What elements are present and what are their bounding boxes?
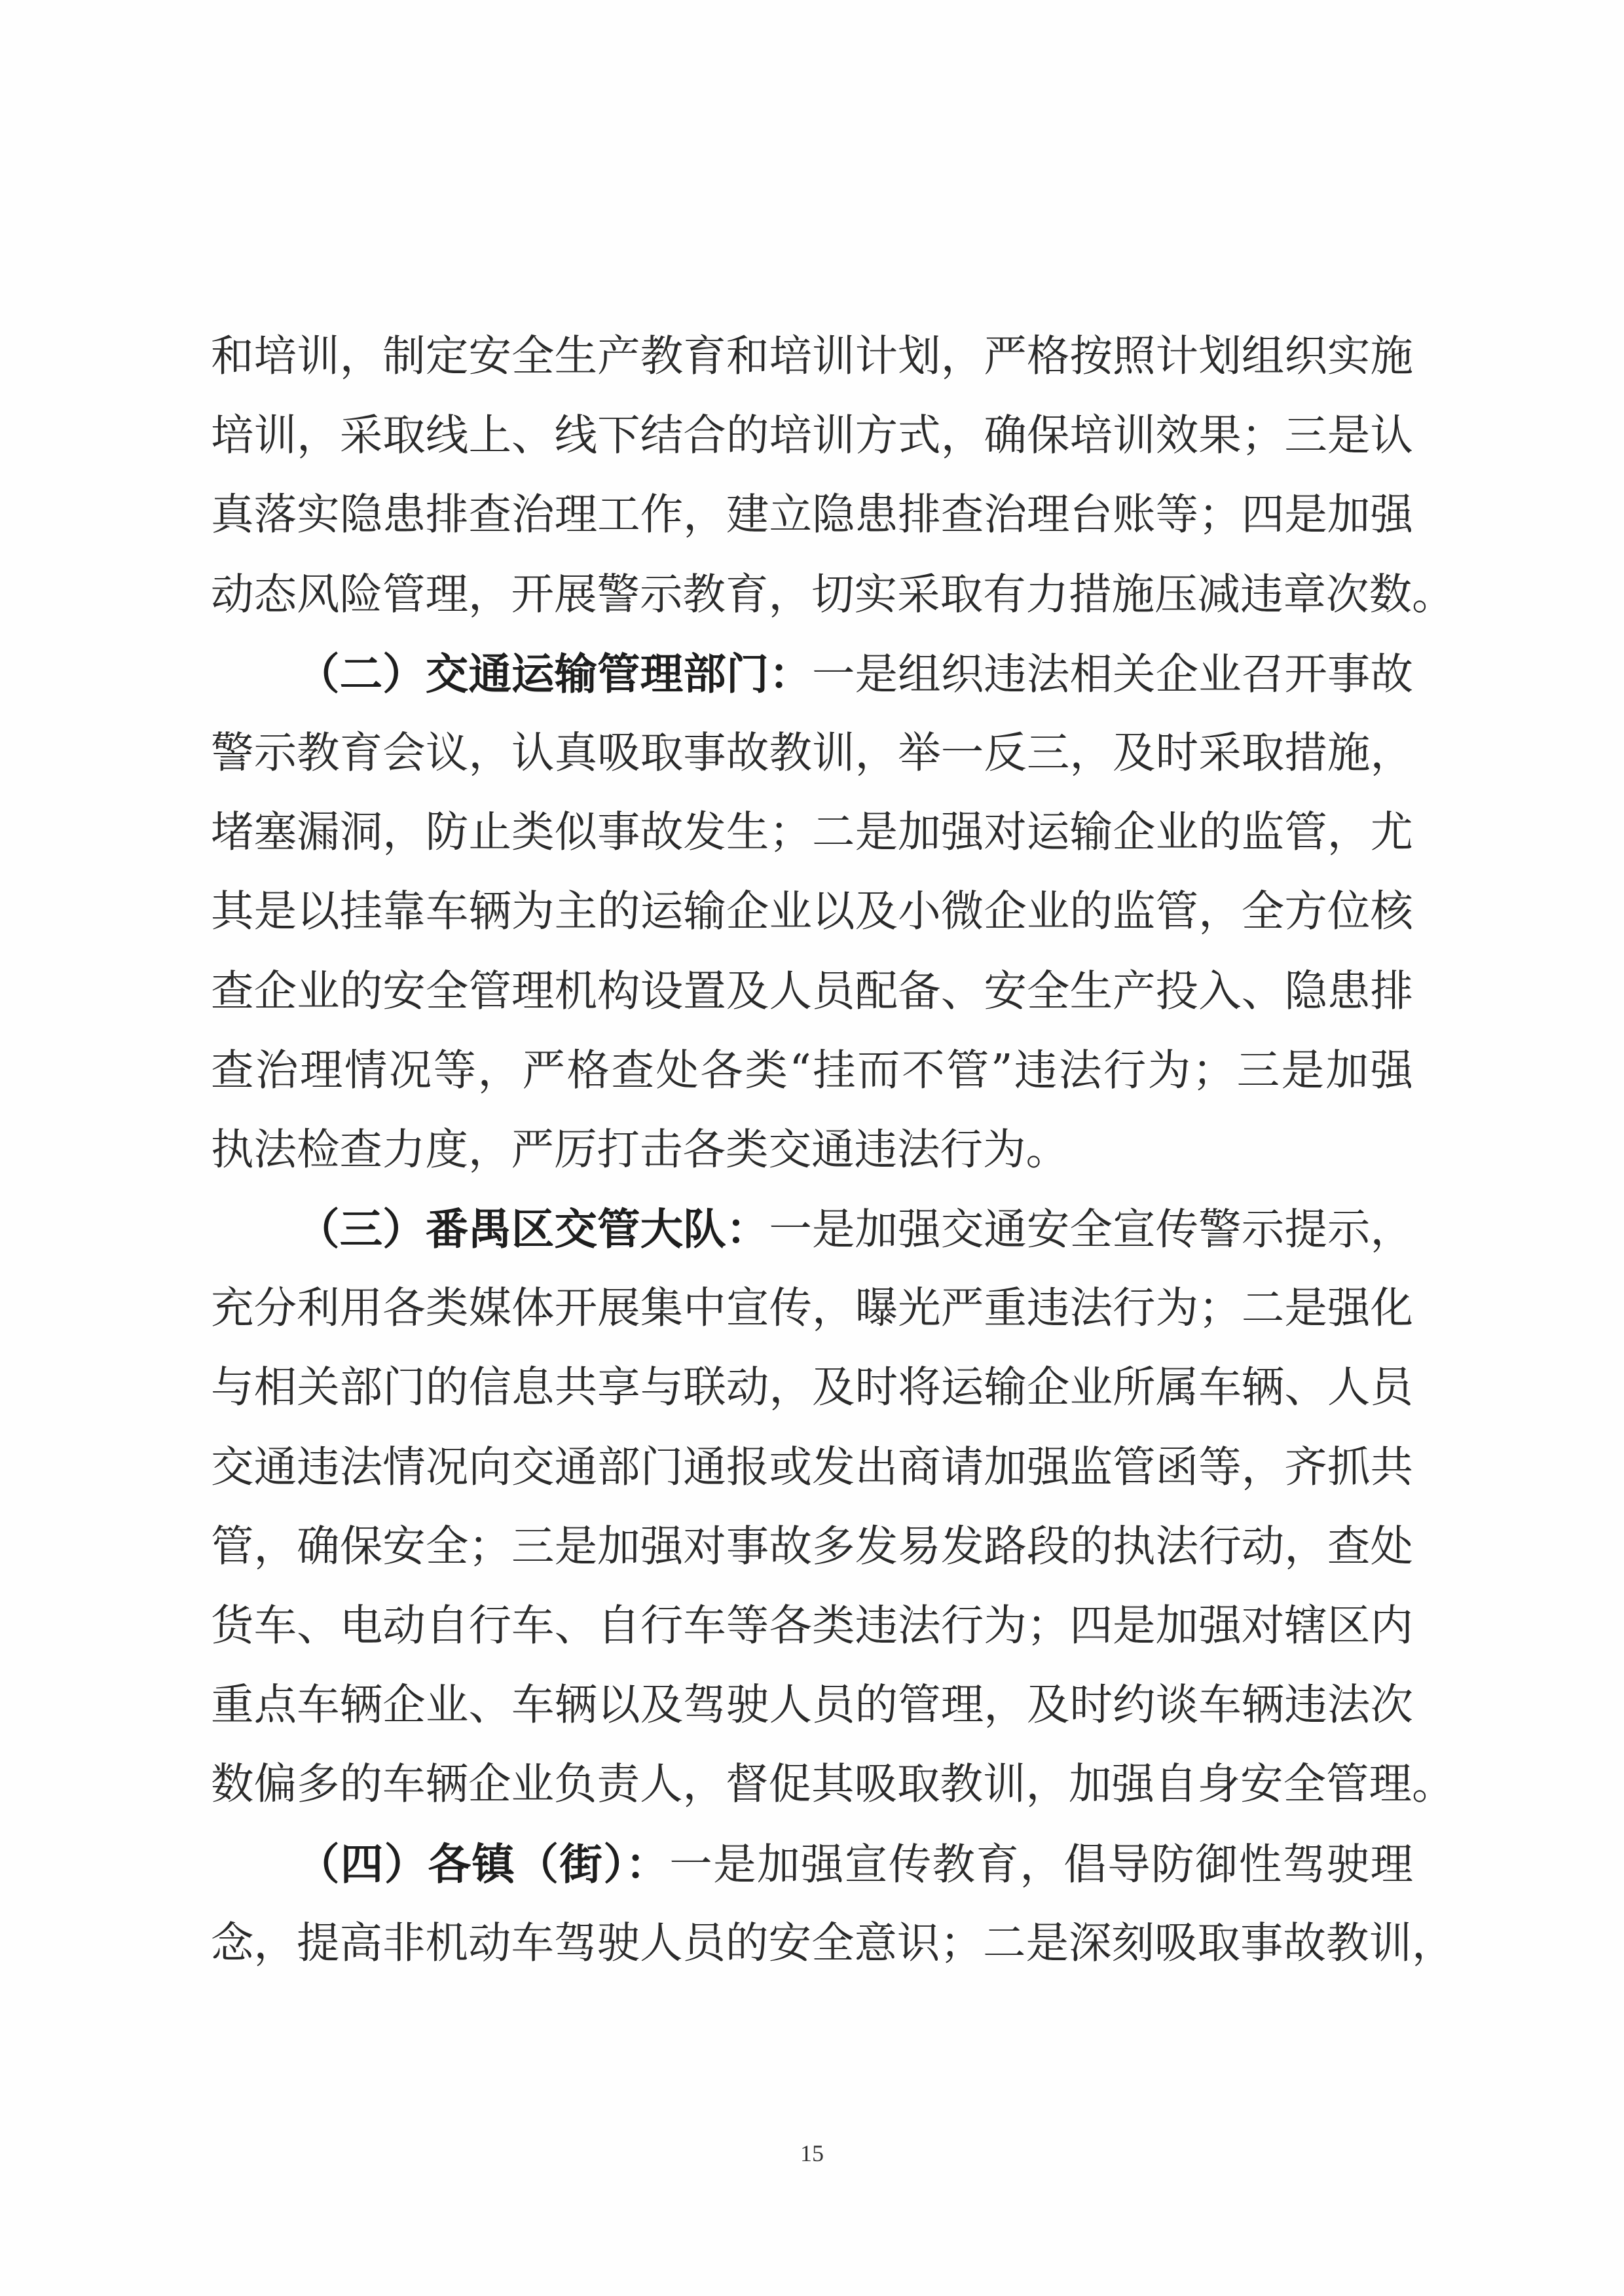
text-line: 货车、电动自行车、自行车等各类违法行为；四是加强对辖区内: [211, 1586, 1413, 1666]
text-line: 充分利用各类媒体开展集中宣传，曝光严重违法行为；二是强化: [211, 1269, 1413, 1348]
text-run: 一是组织违法相关企业召开事故: [812, 649, 1413, 699]
page-number: 15: [0, 2140, 1624, 2167]
text-line: （四）各镇（街）：一是加强宣传教育，倡导防御性驾驶理: [211, 1825, 1413, 1904]
text-line: 堵塞漏洞，防止类似事故发生；二是加强对运输企业的监管，尤: [211, 793, 1413, 872]
paragraph-4: （四）各镇（街）：一是加强宣传教育，倡导防御性驾驶理 念，提高非机动车驾驶人员的…: [211, 1825, 1413, 1983]
text-run: 一是加强交通安全宣传警示提示，: [769, 1205, 1413, 1254]
text-line: 交通违法情况向交通部门通报或发出商请加强监管函等，齐抓共: [211, 1428, 1413, 1507]
text-line: （二）交通运输管理部门：一是组织违法相关企业召开事故: [211, 634, 1413, 714]
paragraph-2: （二）交通运输管理部门：一是组织违法相关企业召开事故 警示教育会议，认真吸取事故…: [211, 634, 1413, 1190]
text-line: 和培训，制定安全生产教育和培训计划，严格按照计划组织实施: [211, 317, 1413, 396]
text-line: （三）番禺区交管大队：一是加强交通安全宣传警示提示，: [211, 1190, 1413, 1269]
text-line: 查企业的安全管理机构设置及人员配备、安全生产投入、隐患排: [211, 952, 1413, 1031]
text-line: 其是以挂靠车辆为主的运输企业以及小微企业的监管，全方位核: [211, 872, 1413, 951]
section-heading-3: （三）番禺区交管大队：: [297, 1204, 769, 1254]
paragraph-1: 和培训，制定安全生产教育和培训计划，严格按照计划组织实施 培训，采取线上、线下结…: [211, 317, 1413, 634]
text-line: 数偏多的车辆企业负责人，督促其吸取教训，加强自身安全管理。: [211, 1745, 1413, 1824]
text-line: 念，提高非机动车驾驶人员的安全意识；二是深刻吸取事故教训，: [211, 1904, 1413, 1983]
paragraph-3: （三）番禺区交管大队：一是加强交通安全宣传警示提示， 充分利用各类媒体开展集中宣…: [211, 1190, 1413, 1825]
text-line: 与相关部门的信息共享与联动，及时将运输企业所属车辆、人员: [211, 1348, 1413, 1427]
text-line: 重点车辆企业、车辆以及驾驶人员的管理，及时约谈车辆违法次: [211, 1666, 1413, 1745]
text-line: 真落实隐患排查治理工作，建立隐患排查治理台账等；四是加强: [211, 475, 1413, 555]
section-heading-4: （四）各镇（街）：: [297, 1839, 669, 1889]
document-page: 和培训，制定安全生产教育和培训计划，严格按照计划组织实施 培训，采取线上、线下结…: [0, 0, 1624, 2296]
text-line: 查治理情况等，严格查处各类“挂而不管”违法行为；三是加强: [211, 1031, 1413, 1110]
body-text: 和培训，制定安全生产教育和培训计划，严格按照计划组织实施 培训，采取线上、线下结…: [211, 317, 1413, 1983]
text-line: 执法检查力度，严厉打击各类交通违法行为。: [211, 1110, 1413, 1190]
text-line: 动态风险管理，开展警示教育，切实采取有力措施压减违章次数。: [211, 555, 1413, 634]
text-line: 培训，采取线上、线下结合的培训方式，确保培训效果；三是认: [211, 396, 1413, 475]
section-heading-2: （二）交通运输管理部门：: [297, 649, 812, 699]
text-run: 一是加强宣传教育，倡导防御性驾驶理: [669, 1840, 1413, 1889]
text-line: 管，确保安全；三是加强对事故多发易发路段的执法行动，查处: [211, 1507, 1413, 1586]
text-line: 警示教育会议，认真吸取事故教训，举一反三，及时采取措施，: [211, 714, 1413, 793]
